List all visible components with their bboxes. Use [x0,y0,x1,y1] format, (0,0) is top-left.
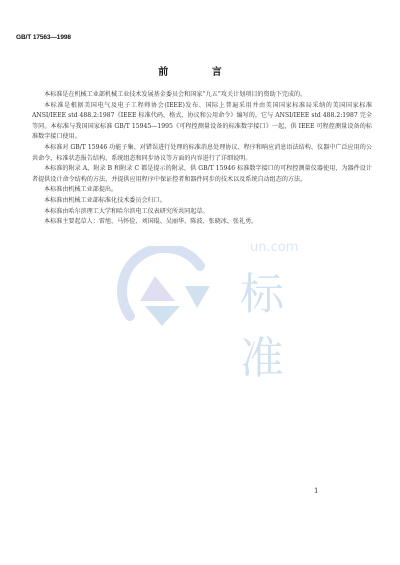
page-title: 前 言 [0,63,400,78]
paragraph-centralized: 本标准由机械工业部标准化技术委员会归口。 [32,196,372,207]
watermark-text: 标准 [240,258,360,386]
standard-code: GB/T 17563—1998 [16,34,71,41]
paragraph-appendices: 本标准的附录 A、附录 B 和附录 C 都是提示的附录，供 GB/T 15946… [32,164,372,185]
paragraph-drafters: 本标准主要起草人：雷旭、马怀俭、刘国琨、吴丽华、陈波、张晓冰、张礼勇。 [32,217,372,228]
watermark-url: un.com [250,240,298,255]
paragraph-proposer: 本标准由机械工业部提出。 [32,185,372,196]
paragraph-scope: 本标准对 GB/T 15946 功能子集、对错误进行处理的标准消息处理协议、程序… [32,143,372,164]
paragraph-origin: 本标准是根据美国电气及电子工程师协会(IEEE)发布、国际上普遍采用并由美国国家… [32,101,372,143]
jin-biaozhun-logo-icon [100,246,220,326]
page-number: 1 [314,487,318,495]
paragraph-drafters-org: 本标准由哈尔滨理工大学和哈尔滨电工仪表研究所共同起草。 [32,207,372,218]
watermark: un.com 标准 [100,240,360,320]
paragraph-funding: 本标准是在机械工业部机械工业技术发展基金委员会和国家“九五”攻关计划项目的资助下… [32,90,372,101]
foreword-body: 本标准是在机械工业部机械工业技术发展基金委员会和国家“九五”攻关计划项目的资助下… [32,90,372,228]
